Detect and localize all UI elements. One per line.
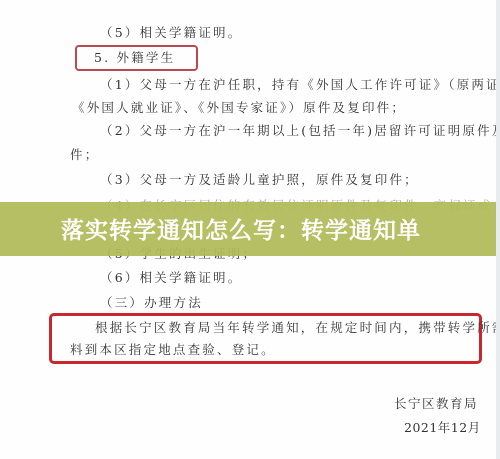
- signature-date: 2021年12月: [404, 420, 481, 436]
- doc-line-2-cont: 件；: [70, 147, 99, 163]
- doc-line-1-cont: 《外国人就业证》、《外国专家证》）原件及复印件；: [72, 100, 406, 116]
- section-heading-foreign-students: 5. 外籍学生: [94, 50, 175, 66]
- procedure-text-line-2: 料到本区指定地点查验、登记。: [70, 342, 276, 358]
- doc-line-6-records: （6）相关学籍证明。: [100, 270, 242, 286]
- doc-line-3: （3）父母一方及适龄儿童护照，原件及复印件；: [100, 172, 419, 188]
- signature-org: 长宁区教育局: [394, 396, 478, 412]
- section-heading-procedure: （三）办理方法: [100, 295, 203, 311]
- doc-line-5-records: （5）相关学籍证明。: [100, 25, 242, 41]
- procedure-text-line-1: 根据长宁区教育局当年转学通知，在规定时间内，携带转学所需材: [95, 320, 500, 336]
- doc-line-1: （1）父母一方在沪任职，持有《外国人工作许可证》（原两证：: [100, 77, 500, 93]
- page-edge-strip: [496, 0, 500, 459]
- doc-line-2: （2）父母一方在沪一年期以上(包括一年)居留许可证明原件及复印: [100, 123, 500, 139]
- banner-title: 落实转学通知怎么写：转学通知单: [61, 212, 421, 245]
